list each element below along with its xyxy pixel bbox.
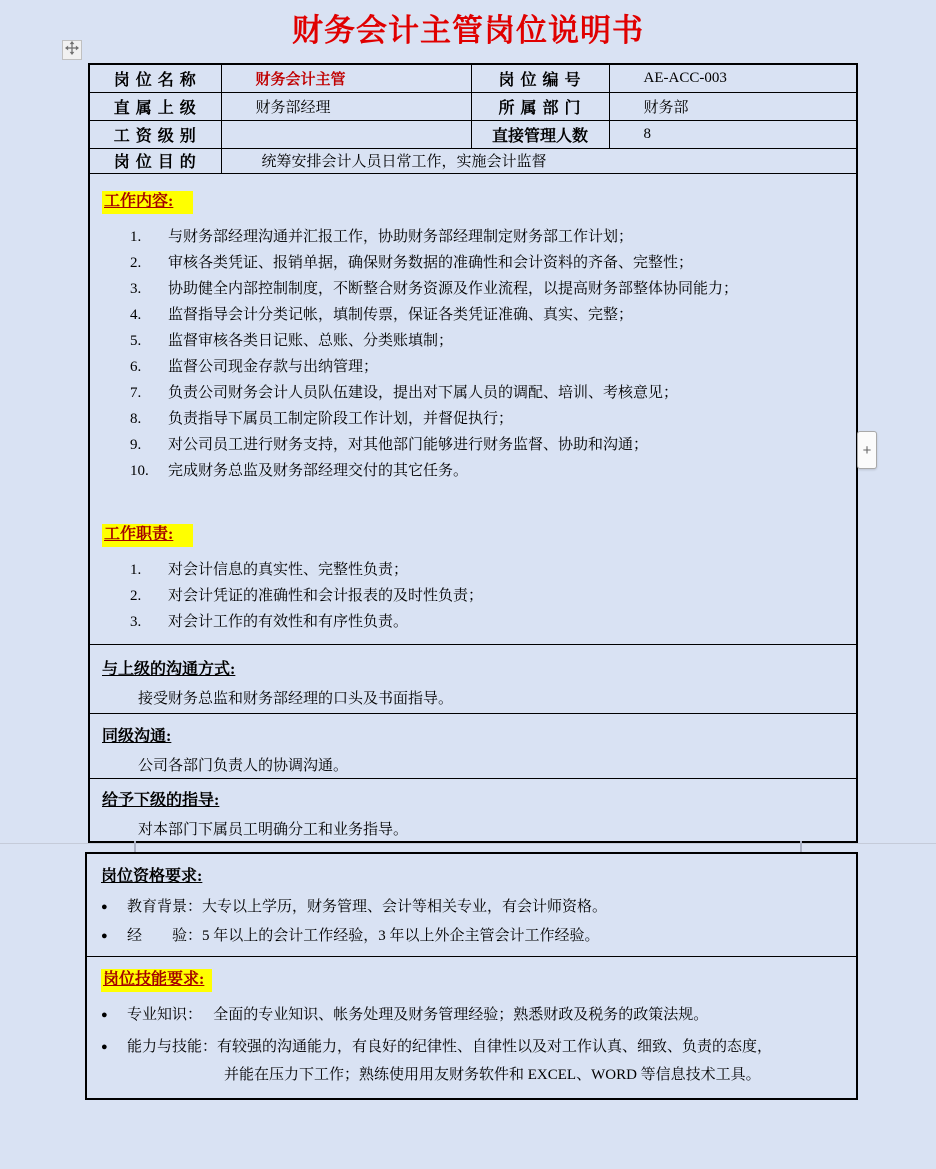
list-item: 1. 对会计信息的真实性、完整性负责； [130, 557, 846, 583]
field-label-direct-reports: 直接管理人数 [471, 120, 609, 148]
skills-list: ● 专业知识： 全面的专业知识、帐务处理及财务管理经验；熟悉财政及税务的政策法规… [101, 1001, 844, 1089]
table-row: 岗位技能要求: ● 专业知识： 全面的专业知识、帐务处理及财务管理经验；熟悉财政… [86, 956, 857, 1099]
list-item: 3. 协助健全内部控制制度，不断整合财务资源及作业流程，以提高财务部整体协同能力… [130, 276, 846, 302]
comm-peer-cell: 同级沟通: 公司各部门负责人的协调沟通。 [89, 713, 857, 778]
list-item-text: 监督指导会计分类记帐，填制传票，保证各类凭证准确、真实、完整； [168, 302, 633, 328]
list-item-number: 2. [130, 583, 168, 609]
field-value-position-code: AE-ACC-003 [609, 64, 857, 92]
list-item-number: 3. [130, 609, 168, 635]
list-item-number: 5. [130, 328, 168, 354]
document-page: 财务会计主管岗位说明书 岗 位 名 称 财务会计主管 岗 位 编 号 AE-AC… [0, 0, 936, 1169]
gridline-tick [134, 841, 136, 852]
qualification-heading: 岗位资格要求: [101, 866, 202, 888]
field-value-direct-superior: 财务部经理 [221, 92, 471, 120]
comm-down-heading: 给予下级的指导: [102, 790, 219, 812]
list-item-number: 6. [130, 354, 168, 380]
bullet-text-line2: 并能在压力下工作；熟练使用用友财务软件和 EXCEL、WORD 等信息技术工具。 [224, 1061, 772, 1089]
bullet-text-line1: 专业知识： 全面的专业知识、帐务处理及财务管理经验；熟悉财政及税务的政策法规。 [127, 1007, 708, 1023]
table-row: 岗 位 名 称 财务会计主管 岗 位 编 号 AE-ACC-003 [89, 64, 857, 92]
list-item-text: 审核各类凭证、报销单据，确保财务数据的准确性和会计资料的齐备、完整性； [168, 250, 693, 276]
skills-heading: 岗位技能要求: [101, 969, 212, 992]
list-item: 5. 监督审核各类日记账、总账、分类账填制； [130, 328, 846, 354]
work-duty-list: 1. 对会计信息的真实性、完整性负责； 2. 对会计凭证的准确性和会计报表的及时… [130, 557, 846, 635]
list-item: 8. 负责指导下属员工制定阶段工作计划，并督促执行； [130, 406, 846, 432]
bullet-item: ● 能力与技能：有较强的沟通能力，有良好的纪律性、自律性以及对工作认真、细致、负… [101, 1033, 844, 1089]
work-content-list: 1. 与财务部经理沟通并汇报工作，协助财务部经理制定财务部工作计划； 2. 审核… [130, 224, 846, 484]
work-section-cell: 工作内容: 1. 与财务部经理沟通并汇报工作，协助财务部经理制定财务部工作计划；… [89, 173, 857, 644]
comm-up-body: 接受财务总监和财务部经理的口头及书面指导。 [138, 689, 846, 709]
list-item: 4. 监督指导会计分类记帐，填制传票，保证各类凭证准确、真实、完整； [130, 302, 846, 328]
bullet-text: 能力与技能：有较强的沟通能力，有良好的纪律性、自律性以及对工作认真、细致、负责的… [127, 1033, 772, 1089]
list-item-text: 对会计信息的真实性、完整性负责； [168, 557, 408, 583]
list-item-text: 对会计工作的有效性和有序性负责。 [168, 609, 408, 635]
list-item: 2. 审核各类凭证、报销单据，确保财务数据的准确性和会计资料的齐备、完整性； [130, 250, 846, 276]
list-item-text: 对会计凭证的准确性和会计报表的及时性负责； [168, 583, 483, 609]
bullet-item: ● 经 验：5 年以上的会计工作经验，3 年以上外企主管会计工作经验。 [101, 926, 844, 946]
bullet-item: ● 专业知识： 全面的专业知识、帐务处理及财务管理经验；熟悉财政及税务的政策法规… [101, 1001, 844, 1029]
bullet-icon: ● [101, 1033, 127, 1089]
table-row: 给予下级的指导: 对本部门下属员工明确分工和业务指导。 [89, 778, 857, 842]
gridline-tick [800, 841, 802, 852]
table-row: 同级沟通: 公司各部门负责人的协调沟通。 [89, 713, 857, 778]
field-label-salary-grade: 工 资 级 别 [89, 120, 221, 148]
table-row: 直 属 上 级 财务部经理 所 属 部 门 财务部 [89, 92, 857, 120]
comm-down-cell: 给予下级的指导: 对本部门下属员工明确分工和业务指导。 [89, 778, 857, 842]
list-item-number: 3. [130, 276, 168, 302]
comm-down-body: 对本部门下属员工明确分工和业务指导。 [138, 820, 846, 840]
comm-up-cell: 与上级的沟通方式: 接受财务总监和财务部经理的口头及书面指导。 [89, 644, 857, 713]
list-item-number: 4. [130, 302, 168, 328]
bullet-icon: ● [101, 926, 127, 946]
work-content-heading: 工作内容: [102, 191, 193, 214]
bullet-icon: ● [101, 1001, 127, 1029]
bullet-text-line1: 能力与技能：有较强的沟通能力，有良好的纪律性、自律性以及对工作认真、细致、负责的… [127, 1039, 772, 1055]
field-label-position-code: 岗 位 编 号 [471, 64, 609, 92]
bullet-text: 教育背景：大专以上学历，财务管理、会计等相关专业，有会计师资格。 [127, 897, 607, 917]
table-row: 岗 位 目 的 统筹安排会计人员日常工作，实施会计监督 [89, 148, 857, 173]
field-value-salary-grade [221, 120, 471, 148]
list-item: 10. 完成财务总监及财务部经理交付的其它任务。 [130, 458, 846, 484]
comm-up-heading: 与上级的沟通方式: [102, 659, 235, 681]
list-item-text: 监督审核各类日记账、总账、分类账填制； [168, 328, 453, 354]
list-item: 9. 对公司员工进行财务支持，对其他部门能够进行财务监督、协助和沟通； [130, 432, 846, 458]
list-item-number: 9. [130, 432, 168, 458]
skills-cell: 岗位技能要求: ● 专业知识： 全面的专业知识、帐务处理及财务管理经验；熟悉财政… [86, 956, 857, 1099]
bullet-text: 经 验：5 年以上的会计工作经验，3 年以上外企主管会计工作经验。 [127, 926, 600, 946]
field-label-department: 所 属 部 门 [471, 92, 609, 120]
list-item-text: 负责指导下属员工制定阶段工作计划，并督促执行； [168, 406, 513, 432]
list-item-number: 7. [130, 380, 168, 406]
field-label-direct-superior: 直 属 上 级 [89, 92, 221, 120]
bullet-icon: ● [101, 897, 127, 917]
bullet-text: 专业知识： 全面的专业知识、帐务处理及财务管理经验；熟悉财政及税务的政策法规。 [127, 1001, 708, 1029]
job-info-table: 岗 位 名 称 财务会计主管 岗 位 编 号 AE-ACC-003 直 属 上 … [88, 63, 858, 844]
field-value-position-name: 财务会计主管 [221, 64, 471, 92]
list-item-number: 1. [130, 224, 168, 250]
table-move-handle[interactable] [62, 40, 82, 60]
comm-peer-body: 公司各部门负责人的协调沟通。 [138, 756, 846, 776]
list-item: 3. 对会计工作的有效性和有序性负责。 [130, 609, 846, 635]
field-label-position-name: 岗 位 名 称 [89, 64, 221, 92]
field-label-position-purpose: 岗 位 目 的 [89, 148, 221, 173]
table-row: 岗位资格要求: ● 教育背景：大专以上学历，财务管理、会计等相关专业，有会计师资… [86, 853, 857, 956]
table-row: 工作内容: 1. 与财务部经理沟通并汇报工作，协助财务部经理制定财务部工作计划；… [89, 173, 857, 644]
work-duty-heading: 工作职责: [102, 524, 193, 547]
field-value-direct-reports: 8 [609, 120, 857, 148]
list-item-text: 协助健全内部控制制度，不断整合财务资源及作业流程，以提高财务部整体协同能力； [168, 276, 738, 302]
list-item: 7. 负责公司财务会计人员队伍建设，提出对下属人员的调配、培训、考核意见； [130, 380, 846, 406]
table-row: 与上级的沟通方式: 接受财务总监和财务部经理的口头及书面指导。 [89, 644, 857, 713]
table-row: 工 资 级 别 直接管理人数 8 [89, 120, 857, 148]
list-item-number: 1. [130, 557, 168, 583]
plus-icon: + [863, 442, 872, 459]
list-item-text: 负责公司财务会计人员队伍建设，提出对下属人员的调配、培训、考核意见； [168, 380, 678, 406]
table-boundary-gridline [0, 843, 936, 844]
list-item: 6. 监督公司现金存款与出纳管理； [130, 354, 846, 380]
list-item-number: 2. [130, 250, 168, 276]
list-item-text: 对公司员工进行财务支持，对其他部门能够进行财务监督、协助和沟通； [168, 432, 648, 458]
list-item-text: 完成财务总监及财务部经理交付的其它任务。 [168, 458, 468, 484]
bullet-item: ● 教育背景：大专以上学历，财务管理、会计等相关专业，有会计师资格。 [101, 897, 844, 917]
list-item-text: 与财务部经理沟通并汇报工作，协助财务部经理制定财务部工作计划； [168, 224, 633, 250]
qualification-list: ● 教育背景：大专以上学历，财务管理、会计等相关专业，有会计师资格。 ● 经 验… [101, 897, 844, 946]
field-value-department: 财务部 [609, 92, 857, 120]
qualification-cell: 岗位资格要求: ● 教育背景：大专以上学历，财务管理、会计等相关专业，有会计师资… [86, 853, 857, 956]
list-item-text: 监督公司现金存款与出纳管理； [168, 354, 378, 380]
move-cross-icon [65, 41, 79, 60]
list-item-number: 8. [130, 406, 168, 432]
insert-plus-button[interactable]: + [857, 431, 877, 469]
comm-peer-heading: 同级沟通: [102, 726, 171, 748]
list-item-number: 10. [130, 458, 168, 484]
field-value-position-purpose: 统筹安排会计人员日常工作，实施会计监督 [221, 148, 857, 173]
page-title: 财务会计主管岗位说明书 [0, 5, 936, 50]
list-item: 2. 对会计凭证的准确性和会计报表的及时性负责； [130, 583, 846, 609]
requirements-table: 岗位资格要求: ● 教育背景：大专以上学历，财务管理、会计等相关专业，有会计师资… [85, 852, 858, 1100]
list-item: 1. 与财务部经理沟通并汇报工作，协助财务部经理制定财务部工作计划； [130, 224, 846, 250]
